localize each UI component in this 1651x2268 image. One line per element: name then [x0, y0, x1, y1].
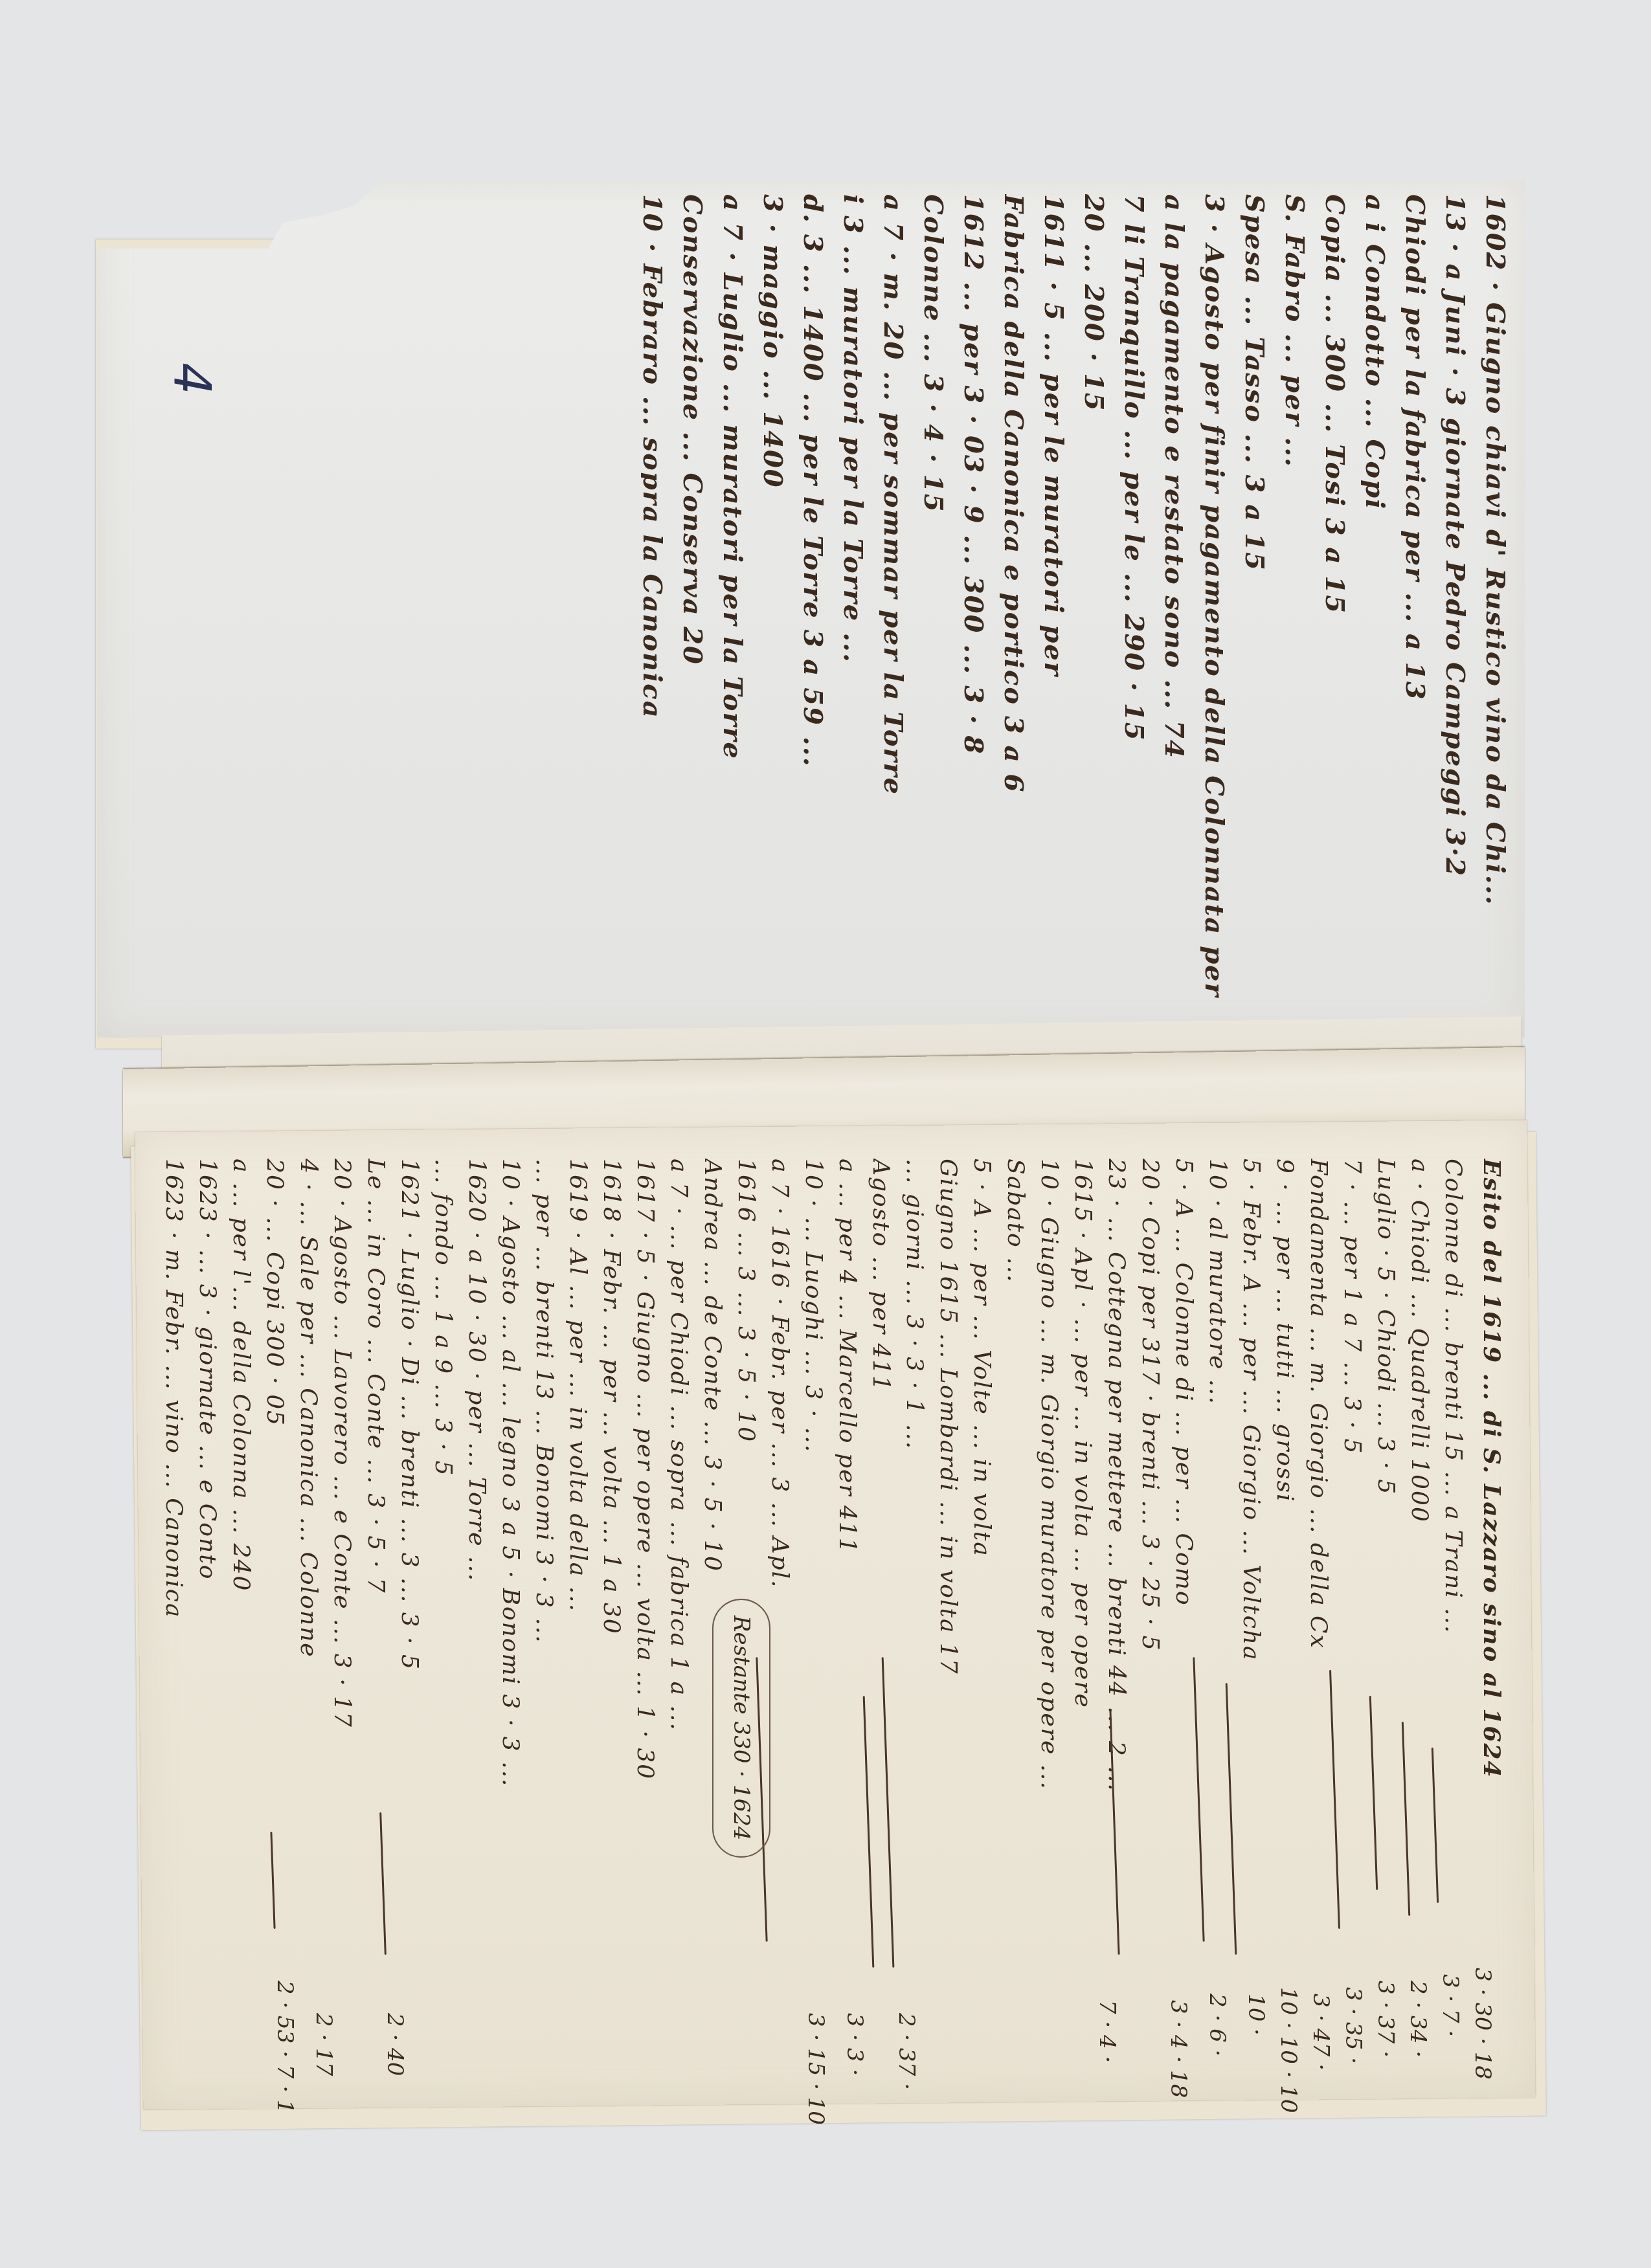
- amount: 2 · 37 ·: [893, 2013, 919, 2090]
- amount: 2 · 53 · 7 · 1: [272, 1981, 298, 2113]
- manuscript-line: 20 ... 200 · 15: [1073, 194, 1114, 1042]
- amount: 2 · 17: [311, 2013, 337, 2076]
- manuscript-line: a 7 · Luglio ... muratori per la Torre: [712, 194, 752, 1042]
- manuscript-line: 9 · ... per ... tutti ... grossi: [1268, 1159, 1301, 2084]
- manuscript-line: ... per ... brenti 13 ... Bonomi 3 · 3 .…: [527, 1159, 561, 2084]
- manuscript-line: 1615 · Apl · ... per ... in volta ... pe…: [1066, 1159, 1099, 2084]
- manuscript-line: a ... per l'... della Colonna ... 240: [224, 1159, 258, 2084]
- manuscript-line: ... fondo ... 1 a 9 ... 3 · 5: [426, 1159, 460, 2084]
- manuscript-line: Copia ... 300 ... Tosi 3 a 15: [1314, 194, 1354, 1042]
- lower-page-header: Esito del 1619 ... di S. Lazzaro sino al…: [1470, 1159, 1509, 2065]
- manuscript-line: 10 · al muratore ...: [1200, 1159, 1234, 2084]
- manuscript-line: 1617 · 5 · Giugno ... per opere ... volt…: [628, 1159, 662, 2084]
- manuscript-line: a · Chiodi ... Quadrelli 1000: [1402, 1159, 1436, 2084]
- manuscript-line: 10 · ... Luoghi ... 3 · ...: [796, 1159, 830, 2084]
- manuscript-line: 1611 · 5 ... per le muratori per: [1033, 194, 1073, 1042]
- amount: 2 · 6 ·: [1204, 1994, 1230, 2056]
- manuscript-line: S. Fabro ... per ...: [1274, 194, 1314, 1042]
- manuscript-line: a ... per 4 ... Marcello per 411: [830, 1159, 864, 2084]
- manuscript-line: ... giorni ... 3 · 3 · 1 ...: [897, 1159, 931, 2084]
- manuscript-line: Conservazione ... Conserva 20: [672, 194, 712, 1042]
- amount: 3 · 37 ·: [1373, 1981, 1398, 2058]
- manuscript-line: 5 · Febr. A ... per ... Giorgio ... Volt…: [1234, 1159, 1268, 2084]
- manuscript-line: 1621 · Luglio · Di ... brenti ... 3 ... …: [392, 1159, 426, 2084]
- manuscript-line: Fondamenta ... m. Giorgio ... della Cx: [1301, 1159, 1335, 2084]
- manuscript-line: 7 li Tranquillo ... per le ... 290 · 15: [1114, 194, 1154, 1042]
- manuscript-line: 20 · Copi per 317 · brenti ... 3 · 25 · …: [1133, 1159, 1167, 2084]
- amount: 3 · 35 ·: [1340, 1987, 1366, 2064]
- amount: 3 · 4 · 18: [1165, 2000, 1191, 2098]
- amount: 7 · 4 ·: [1094, 2000, 1120, 2063]
- manuscript-line: Sabato ...: [998, 1159, 1032, 2084]
- manuscript-line: 1620 · a 10 · 30 · per ... Torre ...: [460, 1159, 493, 2084]
- amount: 3 · 3 ·: [842, 2013, 868, 2076]
- amount: 10 ·: [1243, 1994, 1269, 2036]
- folio-number: 4: [162, 362, 220, 395]
- manuscript-line: Luglio · 5 · Chiodi ... 3 · 5: [1369, 1159, 1402, 2084]
- manuscript-line: a 7 · m. 20 ... per sommar per la Torre: [873, 194, 913, 1042]
- manuscript-line: 3 · Agosto per finir pagamento della Col…: [1194, 194, 1234, 1042]
- manuscript-line: Giugno 1615 ... Lombardi ... in volta 17: [931, 1159, 965, 2084]
- manuscript-line: Fabrica della Canonica e portico 3 a 6: [993, 194, 1033, 1042]
- manuscript-line: Le ... in Coro ... Conte ... 3 · 5 · 7: [359, 1159, 392, 2084]
- manuscript-line: Sabato ... 1624 ... 2 · 50: [155, 1159, 157, 2084]
- manuscript-line: a i Condotto ... Copi: [1354, 194, 1395, 1042]
- amount: 2 · 34 ·: [1405, 1981, 1431, 2058]
- manuscript-line: d. 3 ... 1400 ... per le Torre 3 a 59 ..…: [792, 194, 833, 1042]
- manuscript-line: 3 · maggio ... 1400: [752, 194, 792, 1042]
- manuscript-line: 7 · ... per 1 a 7 ... 3 · 5: [1335, 1159, 1369, 2084]
- manuscript-line: 1602 · Giugno chiavi d' Rustico vino da …: [1475, 194, 1515, 1042]
- manuscript-line: Colonne ... 3 · 4 · 15: [913, 194, 953, 1042]
- manuscript-line: 20 · ... Copi 300 · 05: [258, 1159, 291, 2084]
- amount: 3 · 30 · 18: [1470, 1968, 1496, 2080]
- manuscript-line: 1623 · m. Febr. ... vino ... Canonica: [157, 1159, 190, 2084]
- manuscript-line: 1623 · ... 3 · giornate ... e Conto: [190, 1159, 224, 2084]
- manuscript-line: 5 · A ... per ... Volte ... in volta: [965, 1159, 998, 2084]
- manuscript-line: 10 · Agosto ... al ... legno 3 a 5 · Bon…: [493, 1159, 527, 2084]
- amount: 3 · 15 · 10: [803, 2013, 829, 2125]
- manuscript-line: Colonne di ... brenti 15 ... a Trani ...: [1436, 1159, 1470, 2084]
- upper-page-text: 1602 · Giugno chiavi d' Rustico vino da …: [641, 194, 1515, 1042]
- manuscript-line: 10 · Giugno ... m. Giorgio muratore per …: [1032, 1159, 1066, 2084]
- manuscript-line: Chiodi per la fabrica per ... a 13: [1395, 194, 1435, 1042]
- manuscript-line: i 3 ... muratori per la Torre ...: [833, 194, 873, 1042]
- manuscript-line: 13 · a Juni · 3 giornate Pedro Campeggi …: [1435, 194, 1475, 1042]
- manuscript-line: a la pagamento e restato sono ... 74: [1154, 194, 1194, 1042]
- circled-annotation: Restante 330 · 1624: [712, 1599, 770, 1858]
- manuscript-line: 4 · ... Sale per ... Canonica ... Colonn…: [291, 1159, 325, 2084]
- manuscript-line: 10 · Febraro ... sopra la Canonica: [641, 194, 672, 1042]
- manuscript-line: 1612 ... per 3 · 03 · 9 ... 300 ... 3 · …: [953, 194, 993, 1042]
- amount: 2 · 40: [382, 2013, 408, 2076]
- amount: 10 · 10 · 10: [1275, 1987, 1301, 2113]
- amount: 3 · 47 ·: [1308, 1994, 1334, 2071]
- lower-page-text: Colonne di ... brenti 15 ... a Trani ...…: [155, 1159, 1470, 2084]
- manuscript-line: Spesa ... Tasso ... 3 a 15: [1234, 194, 1274, 1042]
- manuscript-line: 1618 · Febr. ... per ... volta ... 1 a 3…: [594, 1159, 628, 2084]
- scanned-document: 4 1602 · Giugno chiavi d' Rustico vino d…: [0, 0, 1651, 2268]
- manuscript-line: a 7 · ... per Chiodi ... sopra ... fabri…: [662, 1159, 695, 2084]
- amount: 3 · 7 ·: [1437, 1974, 1463, 2037]
- manuscript-line: 20 · Agosto ... Lavorero ... e Conte ...…: [325, 1159, 359, 2084]
- manuscript-line: 1619 · Al ... per ... in volta della ...: [561, 1159, 594, 2084]
- manuscript-line: 23 · ... Cottegna per mettere ... brenti…: [1099, 1159, 1133, 2084]
- manuscript-line: 5 · A ... Colonne di ... per ... Como: [1167, 1159, 1200, 2084]
